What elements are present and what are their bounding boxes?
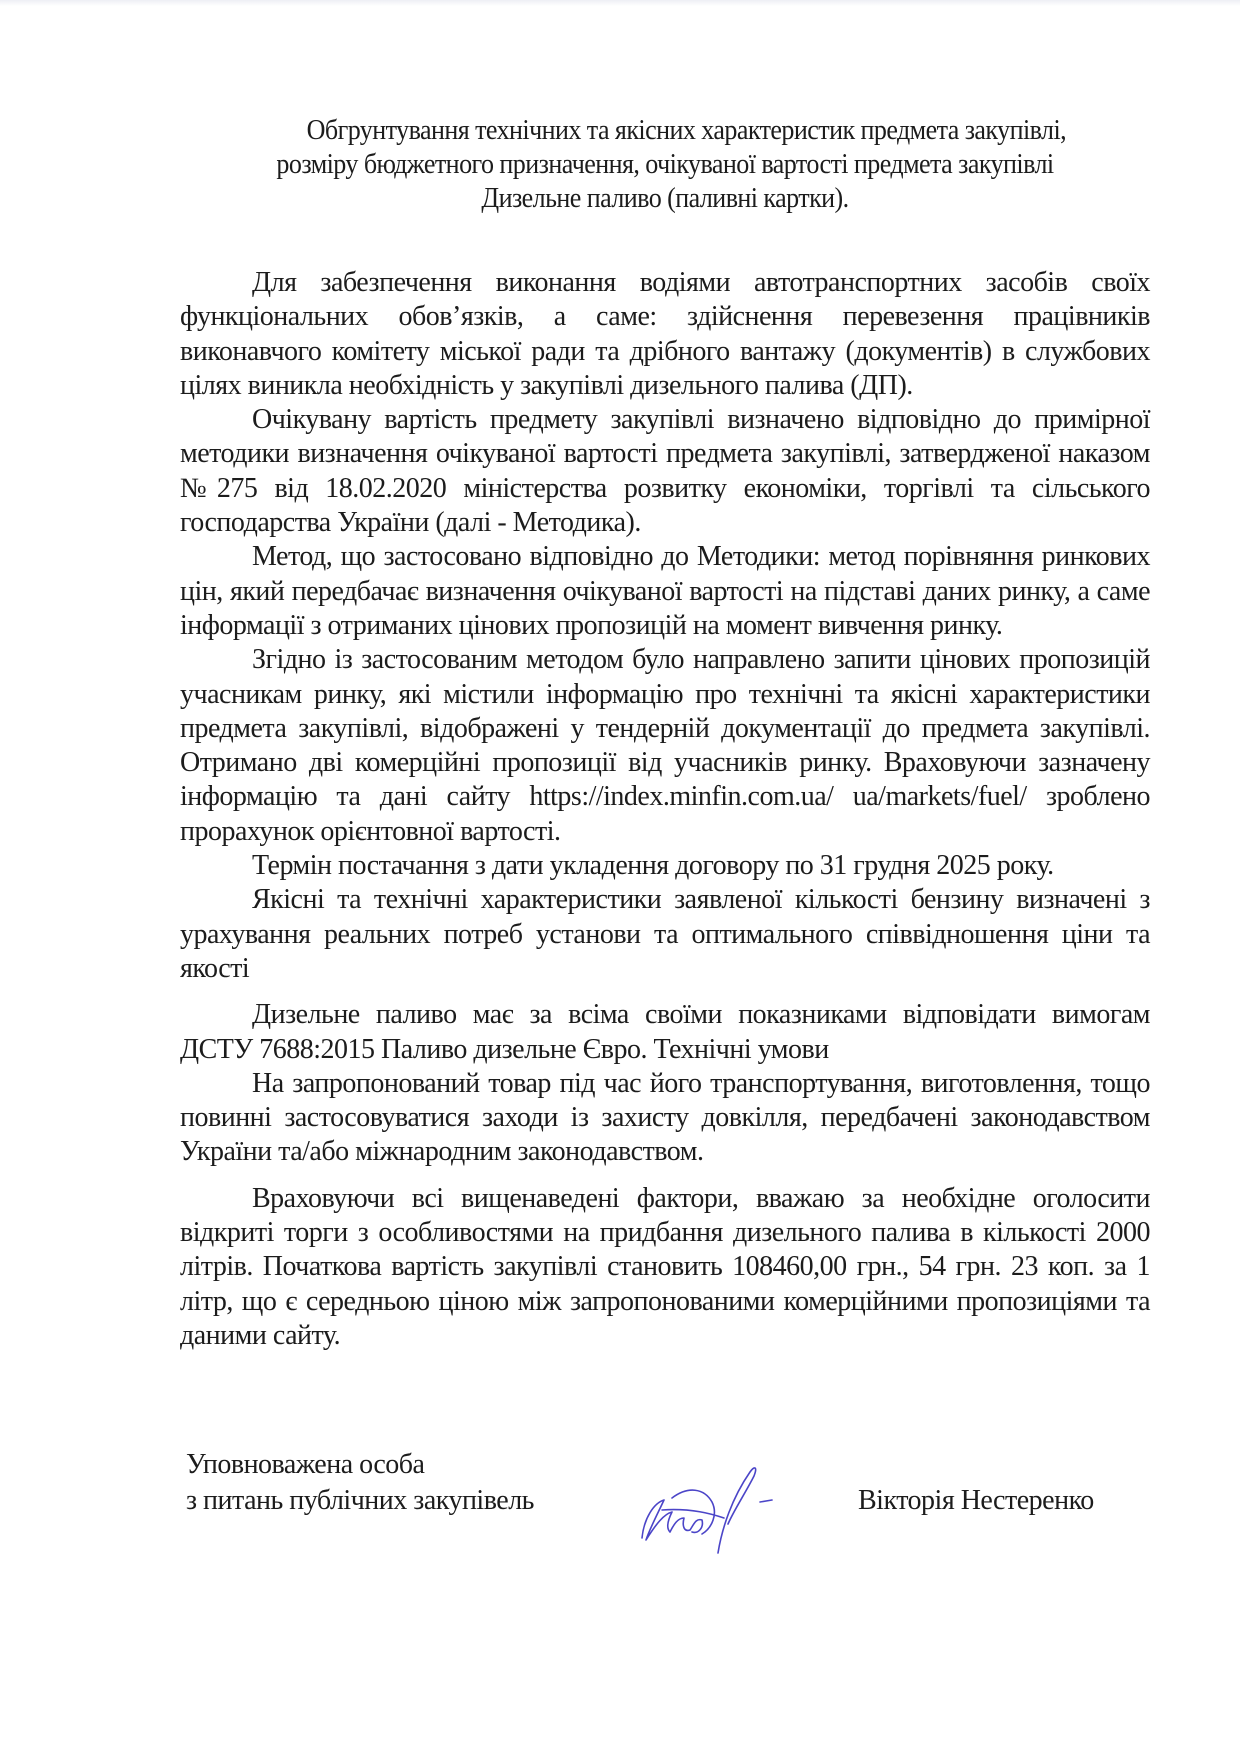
scan-edge-artifact	[0, 0, 1240, 6]
handwritten-signature-icon	[632, 1458, 782, 1558]
title-line-1: Обгрунтування технічних та якісних харак…	[214, 114, 1116, 148]
role-line-1: Уповноважена особа	[186, 1447, 534, 1483]
paragraph-environment: На запропонований товар під час його тра…	[180, 1067, 1150, 1170]
title-line-2: розміру бюджетного призначення, очікуван…	[214, 148, 1116, 182]
paragraph-standard: Дизельне паливо має за всіма своїми пока…	[180, 998, 1150, 1067]
paragraph-method: Метод, що застосовано відповідно до Мето…	[180, 540, 1150, 643]
document-title: Обгрунтування технічних та якісних харак…	[214, 114, 1116, 216]
paragraph-delivery-term: Термін постачання з дати укладення догов…	[180, 849, 1150, 883]
paragraph-purpose: Для забезпечення виконання водіями автот…	[180, 266, 1150, 403]
paragraph-price-requests: Згідно із застосованим методом було напр…	[180, 643, 1150, 849]
paragraph-conclusion: Враховуючи всі вищенаведені фактори, вва…	[180, 1182, 1150, 1353]
signer-name: Вікторія Нестеренко	[858, 1485, 1094, 1517]
paragraph-expected-cost: Очікувану вартість предмету закупівлі ви…	[180, 403, 1150, 540]
document-body: Для забезпечення виконання водіями автот…	[180, 266, 1150, 1353]
signatory-role: Уповноважена особа з питань публічних за…	[186, 1447, 534, 1519]
title-line-3: Дизельне паливо (паливні картки).	[214, 182, 1116, 216]
paragraph-quality: Якісні та технічні характеристики заявле…	[180, 883, 1150, 986]
role-line-2: з питань публічних закупівель	[186, 1483, 534, 1519]
